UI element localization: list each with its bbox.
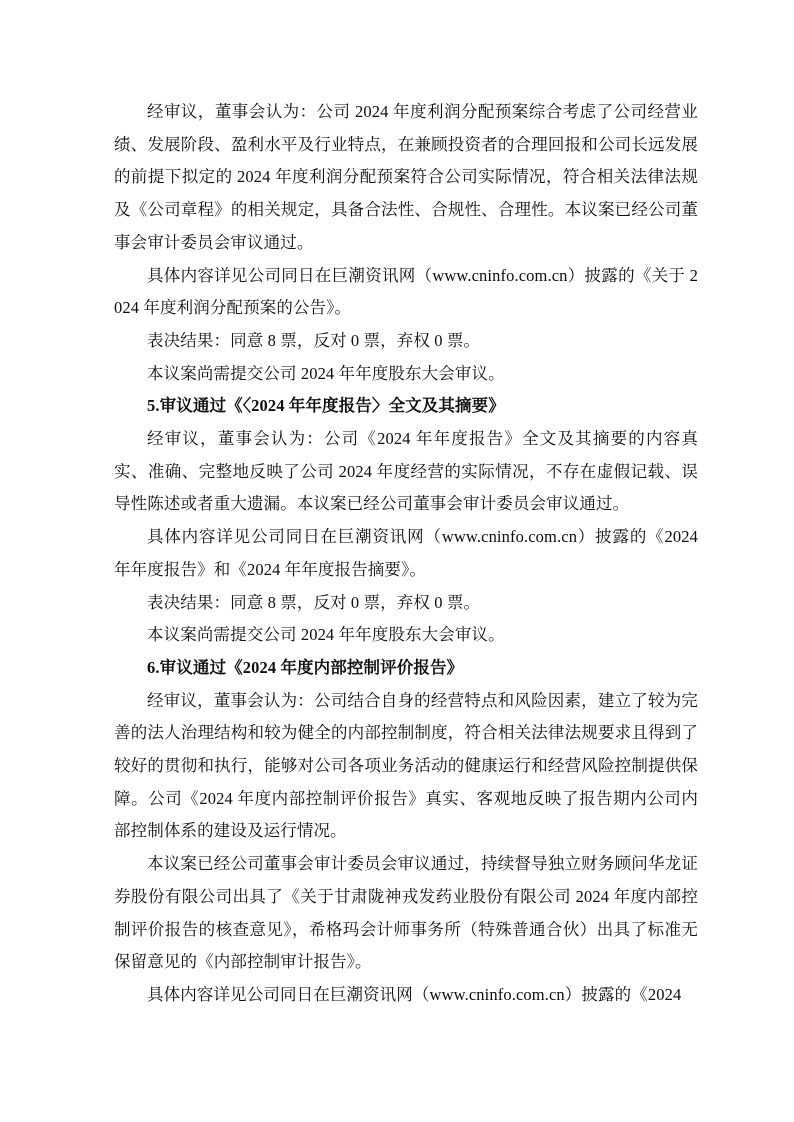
- paragraph-resolution-opinion-6: 经审议，董事会认为：公司结合自身的经营特点和风险因素，建立了较为完善的法人治理结…: [114, 685, 698, 849]
- paragraph-disclosure-reference-5: 具体内容详见公司同日在巨潮资讯网（www.cninfo.com.cn）披露的《2…: [114, 521, 698, 586]
- paragraph-disclosure-reference-6: 具体内容详见公司同日在巨潮资讯网（www.cninfo.com.cn）披露的《2…: [114, 979, 698, 1012]
- paragraph-resolution-opinion-5: 经审议，董事会认为：公司《2024 年年度报告》全文及其摘要的内容真实、准确、完…: [114, 423, 698, 521]
- paragraph-submit-to-agm-4: 本议案尚需提交公司 2024 年年度股东大会审议。: [114, 358, 698, 391]
- paragraph-vote-result-5: 表决结果：同意 8 票，反对 0 票，弃权 0 票。: [114, 587, 698, 620]
- paragraph-disclosure-reference-4: 具体内容详见公司同日在巨潮资讯网（www.cninfo.com.cn）披露的《关…: [114, 260, 698, 325]
- section-heading-item-6: 6.审议通过《2024 年度内部控制评价报告》: [114, 652, 698, 685]
- paragraph-audit-committee-opinion-6: 本议案已经公司董事会审计委员会审议通过，持续督导独立财务顾问华龙证券股份有限公司…: [114, 848, 698, 979]
- document-page: 经审议，董事会认为：公司 2024 年度利润分配预案综合考虑了公司经营业绩、发展…: [0, 0, 794, 1122]
- paragraph-submit-to-agm-5: 本议案尚需提交公司 2024 年年度股东大会审议。: [114, 619, 698, 652]
- paragraph-vote-result-4: 表决结果：同意 8 票，反对 0 票，弃权 0 票。: [114, 325, 698, 358]
- section-heading-item-5: 5.审议通过《〈2024 年年度报告〉全文及其摘要》: [114, 390, 698, 423]
- paragraph-resolution-opinion-4: 经审议，董事会认为：公司 2024 年度利润分配预案综合考虑了公司经营业绩、发展…: [114, 96, 698, 260]
